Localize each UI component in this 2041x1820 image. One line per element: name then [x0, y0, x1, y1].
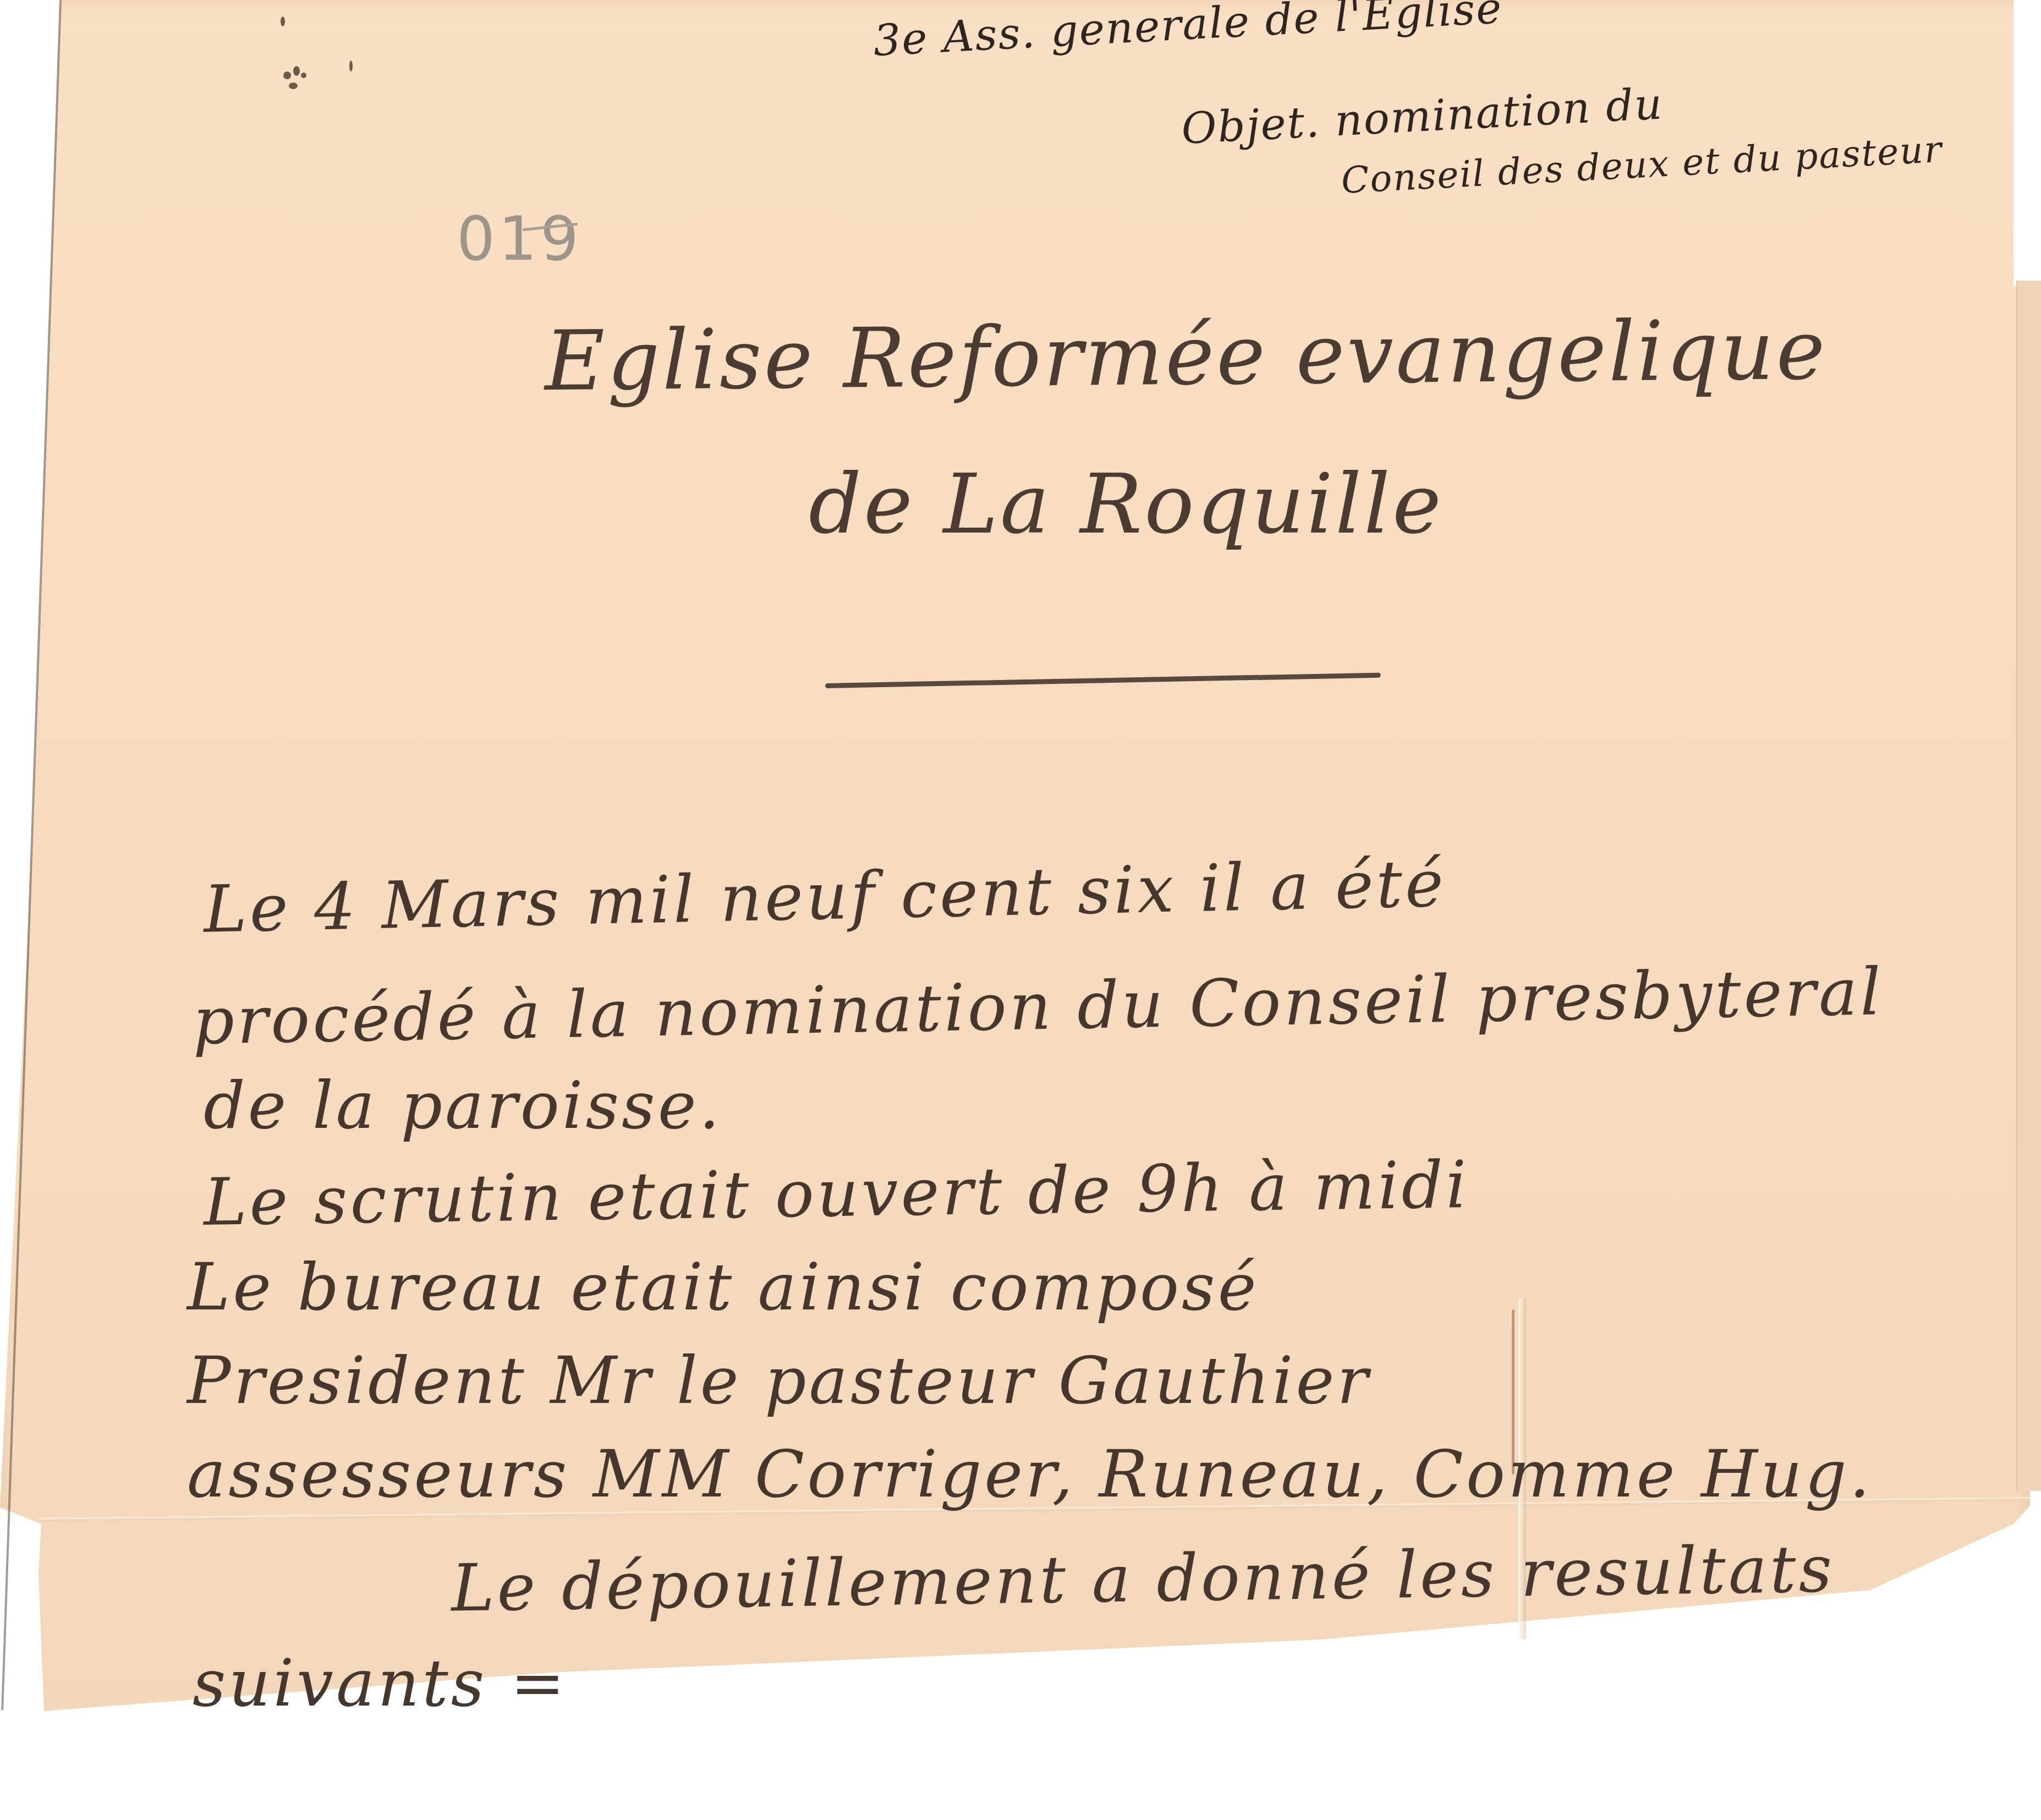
body-line-5: Le bureau etait ainsi composé	[187, 1249, 1259, 1325]
paper-underlying-sheet-edge	[2016, 281, 2041, 1491]
document-title-parish: de La Roquille	[809, 457, 1444, 552]
document-title-church: Eglise Reformée evangelique	[544, 303, 1828, 409]
body-line-9: suivants =	[193, 1645, 568, 1721]
archive-number: 019	[457, 204, 582, 274]
body-line-6: President Mr le pasteur Gauthier	[187, 1342, 1371, 1418]
body-line-3: de la paroisse.	[204, 1067, 722, 1143]
body-line-7: assesseurs MM Corriger, Runeau, Comme Hu…	[187, 1436, 1873, 1512]
ink-blot-marks	[278, 61, 322, 99]
